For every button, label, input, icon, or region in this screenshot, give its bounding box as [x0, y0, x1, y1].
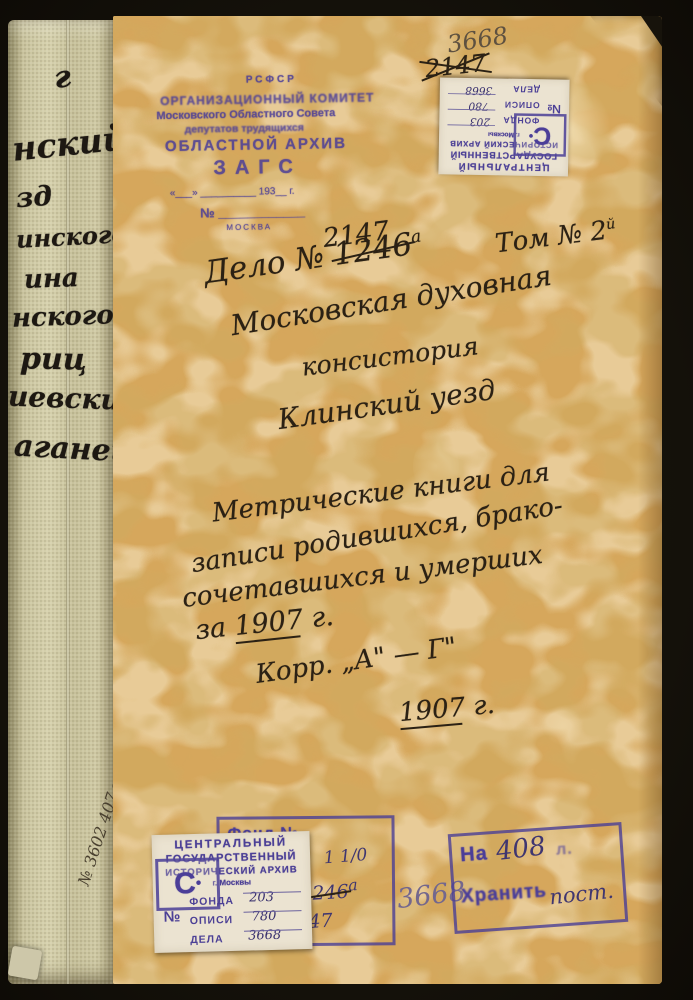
opisi-label: ОПИСИ [190, 914, 234, 927]
spine-handwriting-line: риц [20, 341, 87, 377]
book-front-cover: РСФСР ОРГАНИЗАЦИОННЫЙ КОМИТЕТ Московског… [113, 16, 662, 984]
za-word: за [194, 611, 236, 646]
na-label: На [459, 842, 488, 867]
archive-label-inverted: ЦЕНТРАЛЬНЫЙ ГОСУДАРСТВЕННЫЙ ИСТОРИЧЕСКИЙ… [438, 77, 569, 176]
stamp-line-rsfsr: РСФСР [246, 74, 297, 86]
label-org-line: ЦЕНТРАЛЬНЫЙ [438, 160, 568, 172]
spine-handwriting-line: аганец. [13, 429, 115, 471]
dela-label: ДЕЛА [190, 933, 224, 946]
worn-spot [543, 706, 583, 746]
spine-handwriting-line: иевский [8, 380, 115, 418]
store-label: Хранить [460, 880, 547, 908]
page-corner-edge [8, 946, 43, 981]
spine-seam [66, 20, 70, 984]
fonda-label: ФОНДА [503, 115, 540, 125]
fonda-label: ФОНДА [189, 895, 234, 908]
cover-edge-wear [632, 16, 662, 984]
stamp-line-deputies: депутатов трудящихся [185, 122, 304, 136]
label-no-symbol: № [547, 102, 561, 116]
stamp-line-zags: ЗАГС [213, 156, 302, 181]
stamp-line-city: МОСКВА [226, 222, 272, 232]
book-spine: г нский зд инского ина нского риц иевски… [8, 20, 115, 984]
stamp-line-number: № ____________ [200, 204, 305, 221]
spine-handwriting-line: ина [23, 263, 79, 295]
stamp-line-archive: ОБЛАСТНОЙ АРХИВ [165, 135, 347, 155]
opisi-label: ОПИСИ [504, 99, 540, 109]
pages-value: 408 [494, 831, 547, 867]
archive-label: ЦЕНТРАЛЬНЫЙ ГОСУДАРСТВЕННЫЙ ИСТОРИЧЕСКИЙ… [151, 831, 312, 953]
spine-handwriting-line: зд [15, 181, 53, 214]
tom-superscript: й [605, 216, 616, 233]
logo-letter: С [533, 123, 551, 148]
logo-dot: • [196, 875, 202, 893]
stamp-line-date: «___» __________ 193__ г. [170, 186, 295, 199]
store-value: пост. [548, 879, 615, 910]
stamp-line-committee: ОРГАНИЗАЦИОННЫЙ КОМИТЕТ [160, 90, 374, 108]
spine-handwriting-line: нского [12, 300, 115, 334]
stamp-line-soviet: Московского Областного Совета [156, 107, 335, 122]
logo-dot: • [529, 127, 534, 142]
logo-letter: С [174, 869, 196, 900]
label-no-symbol: № [163, 908, 180, 925]
dela-label: ДЕЛА [512, 84, 540, 94]
oblast-archive-zags-stamp: РСФСР ОРГАНИЗАЦИОННЫЙ КОМИТЕТ Московског… [149, 56, 420, 241]
pages-count-stamp: На 408 л. Хранить пост. [448, 822, 629, 934]
sheets-label: л. [556, 841, 574, 860]
fond-row1-value: 1 1/0 [323, 845, 368, 868]
spine-handwriting-line: инского [15, 219, 115, 254]
photo-of-archive-book-cover: г нский зд инского ина нского риц иевски… [0, 0, 693, 1000]
